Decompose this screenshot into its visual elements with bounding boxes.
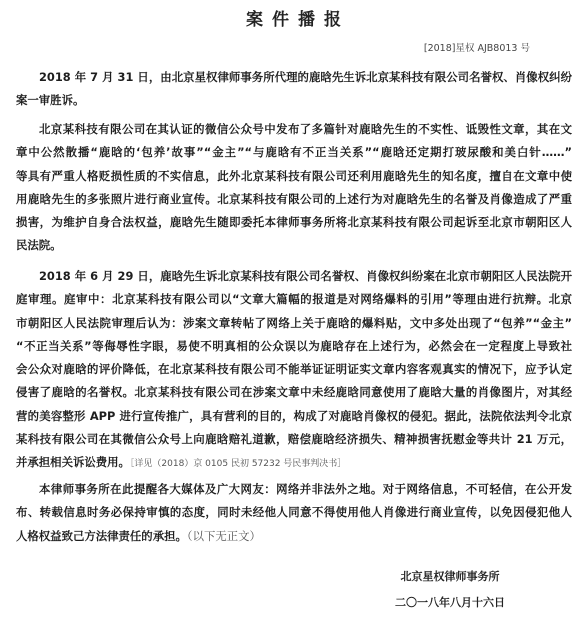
text-line: 会公众对鹿晗的评价降低，在北京某科技有限公司不能举证证明证实文章内容客观真实的情… xyxy=(16,358,572,381)
text-line: 用鹿晗先生的多张照片进行商业宣传。北京某科技有限公司的上述行为对鹿晗先生的名誉及… xyxy=(16,188,572,211)
text-line: 等具有严重人格贬损性质的不实信息，此外北京某科技有限公司还利用鹿晗先生的知名度，… xyxy=(16,165,572,188)
text-line: 本律师事务所在此提醒各大媒体及广大网友：网络并非法外之地。对于网络信息，不可轻信… xyxy=(16,478,572,501)
signature-date: 二〇一八年八月十六日 xyxy=(380,594,520,610)
text-line: 2018 年 6 月 29 日，鹿晗先生诉北京某科技有限公司名誉权、肖像权纠纷案… xyxy=(16,265,572,288)
document-number: [2018]星权 AJB8013 号 xyxy=(424,40,530,54)
signature-firm: 北京星权律师事务所 xyxy=(380,568,520,584)
text-line: 北京某科技有限公司在其认证的微信公众号中发布了多篇针对鹿晗先生的不实性、诋毁性文… xyxy=(16,118,572,141)
text-line: 市朝阳区人民法院审理后认为：涉案文章转帖了网络上关于鹿晗的爆料贴，文中多处出现了… xyxy=(16,312,572,335)
text-line: “不正当关系”等侮辱性字眼，易使不明真相的公众误以为鹿晗存在上述行为，必然会在一… xyxy=(16,335,572,358)
end-of-text-note: （以下无正文） xyxy=(187,529,261,543)
paragraph-verdict-summary: 2018 年 7 月 31 日，由北京星权律师事务所代理的鹿晗先生诉北京某科技有… xyxy=(16,66,572,113)
text-line: 人格权益致己方法律责任的承担。（以下无正文） xyxy=(16,525,572,548)
text-line: 并承担相关诉讼费用。［详见（2018）京 0105 民初 57232 号民事判决… xyxy=(16,451,572,476)
text-line: 布、转载信息时务必保持审慎的态度，同时未经他人同意不得使用他人肖像进行商业宣传，… xyxy=(16,501,572,524)
document-title: 案件播报 xyxy=(0,5,587,30)
paragraph-background: 北京某科技有限公司在其认证的微信公众号中发布了多篇针对鹿晗先生的不实性、诋毁性文… xyxy=(16,118,572,258)
judgment-citation: ［详见（2018）京 0105 民初 57232 号民事判决书］ xyxy=(130,459,346,469)
text-line: 案一审胜诉。 xyxy=(16,89,572,112)
text-line: 营的美容整形 APP 进行宣传推广，具有营利的目的，构成了对鹿晗肖像权的侵犯。据… xyxy=(16,405,572,428)
paragraph-reminder: 本律师事务所在此提醒各大媒体及广大网友：网络并非法外之地。对于网络信息，不可轻信… xyxy=(16,478,572,548)
paragraph-court-ruling: 2018 年 6 月 29 日，鹿晗先生诉北京某科技有限公司名誉权、肖像权纠纷案… xyxy=(16,265,572,477)
text-line: 2018 年 7 月 31 日，由北京星权律师事务所代理的鹿晗先生诉北京某科技有… xyxy=(16,66,572,89)
text-fragment: 并承担相关诉讼费用。 xyxy=(16,455,130,469)
text-line: 某科技有限公司在其微信公众号上向鹿晗赔礼道歉，赔偿鹿晗经济损失、精神损害抚慰金等… xyxy=(16,428,572,451)
text-line: 损害，为维护自身合法权益，鹿晗先生随即委托本律师事务所将北京某科技有限公司起诉至… xyxy=(16,211,572,234)
text-fragment: 人格权益致己方法律责任的承担。 xyxy=(16,529,187,543)
text-line: 章中公然散播“鹿晗的‘包养’故事”“金主”“与鹿晗有不正当关系”“鹿晗还定期打玻… xyxy=(16,141,572,164)
text-line: 民法院。 xyxy=(16,234,572,257)
text-line: 庭审理。庭审中：北京某科技有限公司以“文章大篇幅的报道是对网络爆料的引用”等理由… xyxy=(16,288,572,311)
text-line: 侵害了鹿晗的名誉权。北京某科技有限公司在涉案文章中未经鹿晗同意使用了鹿晗大量的肖… xyxy=(16,381,572,404)
